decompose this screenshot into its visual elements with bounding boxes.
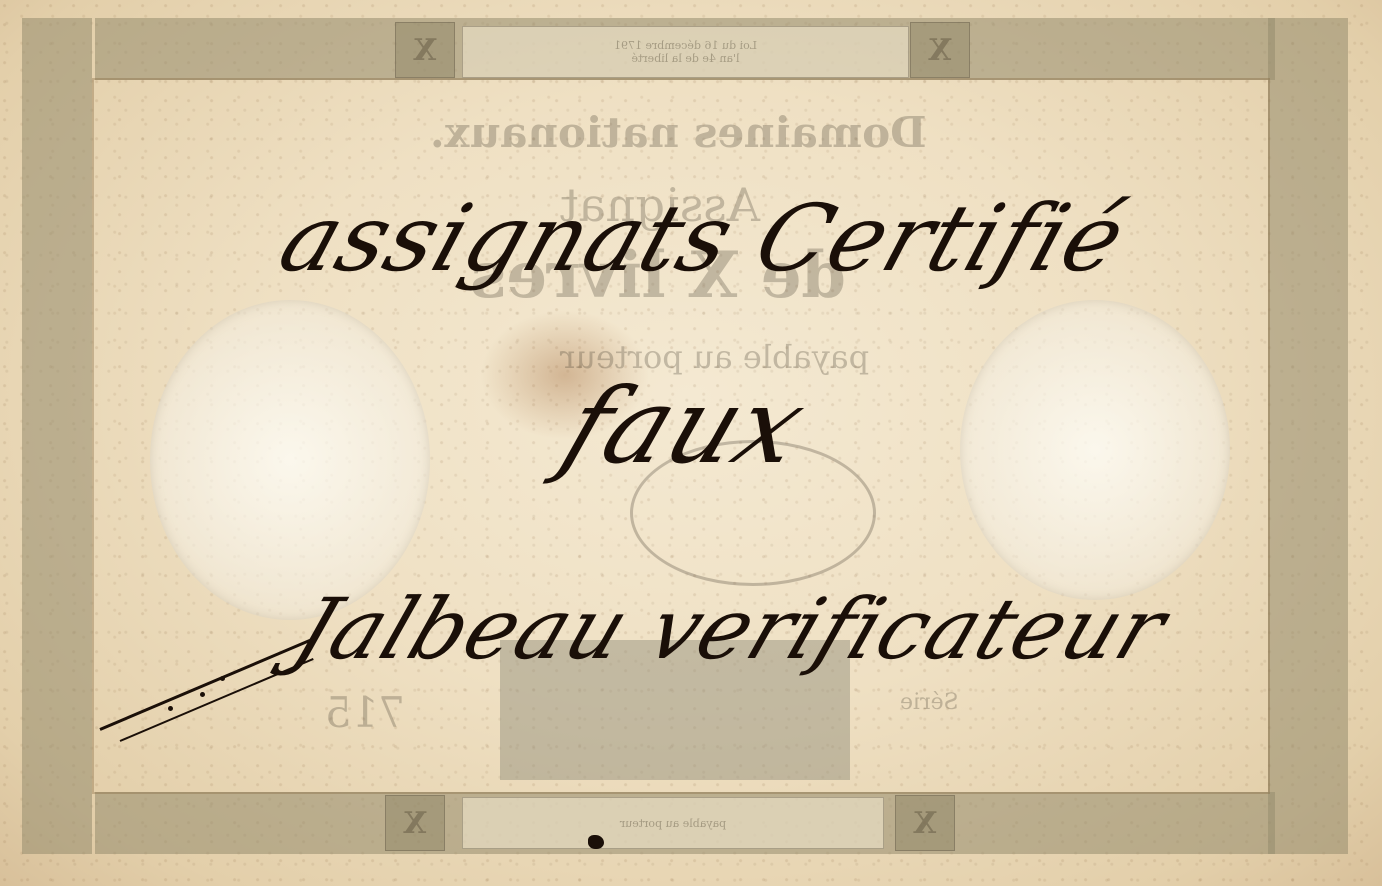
handwriting-assignats-certifie: assignats Certifié [268, 185, 1139, 292]
top-label-line2: l'an 4e de la liberté [463, 52, 908, 65]
ghost-title: Domaines nationaux. [430, 108, 927, 157]
border-band-left [22, 18, 92, 854]
corner-numeral-bottom-right: X [895, 795, 955, 851]
flourish-dot [168, 706, 173, 711]
ghost-serie: Série [900, 690, 959, 715]
flourish-dot [200, 692, 205, 697]
border-band-right [1268, 18, 1348, 854]
top-label-line1: Loi du 16 décembre 1791 [463, 39, 908, 52]
embossed-seal-right [960, 300, 1230, 600]
flourish-dot [220, 676, 225, 681]
bottom-label-box: payable au porteur [462, 797, 884, 849]
bottom-label-line1: payable au porteur [463, 817, 883, 830]
corner-numeral-bottom-left: X [385, 795, 445, 851]
corner-numeral-top-right: X [910, 22, 970, 78]
ghost-serial-number: 715 [325, 688, 405, 737]
embossed-seal-left [150, 300, 430, 620]
handwriting-signature: Jalbeau verificateur [282, 580, 1180, 678]
top-label-box: Loi du 16 décembre 1791 l'an 4e de la li… [462, 26, 909, 78]
ink-blot [588, 835, 604, 849]
corner-numeral-top-left: X [395, 22, 455, 78]
handwriting-faux: faux [548, 365, 823, 487]
